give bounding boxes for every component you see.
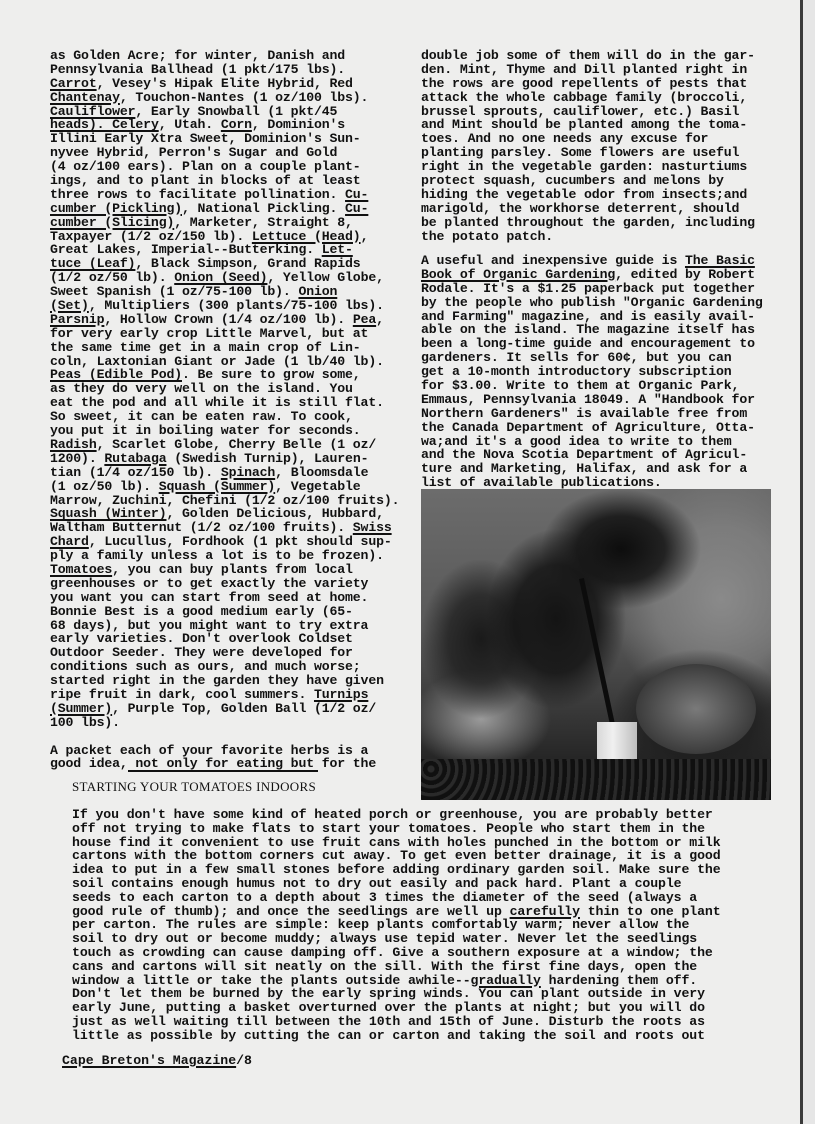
text-run: wa;and it's a good idea to write to them (421, 434, 732, 449)
underlined-term: Cu- (345, 187, 368, 202)
text-run: by the people who publish "Organic Garde… (421, 295, 763, 310)
underlined-term: Cauliflower (50, 104, 135, 119)
text-run: the Canada Department of Agriculture, Ot… (421, 420, 755, 435)
text-line: house find it convenient to use fruit ca… (72, 836, 721, 850)
text-line: If you don't have some kind of heated po… (72, 808, 721, 822)
text-run: the potato patch. (421, 229, 553, 244)
text-line: ply a family unless a lot is to be froze… (50, 549, 399, 563)
underlined-term: carefully (510, 904, 580, 919)
text-line: Don't let them be burned by the early sp… (72, 987, 721, 1001)
text-run: early varieties. Don't overlook Coldset (50, 631, 353, 646)
text-run: and Mint should be planted among the tom… (421, 117, 747, 132)
text-line: Radish, Scarlet Globe, Cherry Belle (1 o… (50, 438, 399, 452)
text-run: per carton. The rules are simple: keep p… (72, 917, 689, 932)
text-line: and Mint should be planted among the tom… (421, 118, 755, 132)
text-line: you put it in boiling water for seconds. (50, 424, 399, 438)
text-run: Northern Gardeners" is available free fr… (421, 406, 747, 421)
text-run: for $3.00. Write to them at Organic Park… (421, 378, 739, 393)
text-line: cans and cartons will sit neatly on the … (72, 960, 721, 974)
text-run: right in the vegetable garden: nasturtiu… (421, 159, 747, 174)
text-line: right in the vegetable garden: nasturtiu… (421, 160, 755, 174)
text-run: A packet each of your favorite herbs is … (50, 743, 368, 758)
text-line: conditions such as ours, and much worse; (50, 660, 399, 674)
text-line: Tomatoes, you can buy plants from local (50, 563, 399, 577)
underlined-term: Parsnip (50, 312, 104, 327)
underlined-term: Carrot (50, 76, 97, 91)
text-line: been a long-time guide and encouragement… (421, 337, 763, 351)
text-run: good rule of thumb); and once the seedli… (72, 904, 510, 919)
text-line: planting parsley. Some flowers are usefu… (421, 146, 755, 160)
text-run: the rows are good repellents of pests th… (421, 76, 747, 91)
text-line: window a little or take the plants outsi… (72, 974, 721, 988)
text-line: idea to put in a few small stones before… (72, 863, 721, 877)
soil-texture (421, 759, 771, 800)
text-line: per carton. The rules are simple: keep p… (72, 918, 721, 932)
text-run: thin to one plant (580, 904, 721, 919)
underlined-term: cumber (Pickling) (50, 201, 182, 216)
text-line: So sweet, it can be eaten raw. To cook, (50, 410, 399, 424)
text-run: touch as crowding can cause damping off.… (72, 945, 713, 960)
text-run: gardeners. It sells for 60¢, but you can (421, 350, 732, 365)
text-line: ings, and to plant in blocks of at least (50, 174, 399, 188)
text-run: A useful and inexpensive guide is (421, 253, 685, 268)
text-line: Waltham Butternut (1/2 oz/100 fruits). S… (50, 521, 399, 535)
text-line: the potato patch. (421, 230, 755, 244)
text-line: attack the whole cabbage family (broccol… (421, 91, 755, 105)
text-line: cumber (Slicing), Marketer, Straight 8, (50, 216, 399, 230)
text-line: Book of Organic Gardening, edited by Rob… (421, 268, 763, 282)
text-run: you put it in boiling water for seconds. (50, 423, 361, 438)
text-run: greenhouses or to get exactly the variet… (50, 576, 368, 591)
text-run: Illini Early Xtra Sweet, Dominion's Sun- (50, 131, 361, 146)
text-run: tian (1/4 oz/150 lb). (50, 465, 221, 480)
text-line: ture and Marketing, Halifax, and ask for… (421, 462, 763, 476)
text-line: early varieties. Don't overlook Coldset (50, 632, 399, 646)
hand-shape (636, 664, 756, 754)
text-run: , Lucullus, Fordhook (1 pkt should sup- (89, 534, 392, 549)
text-run: . Be sure to grow some, (182, 367, 361, 382)
text-line: Emmaus, Pennsylvania 18049. A "Handbook … (421, 393, 763, 407)
text-line: Bonnie Best is a good medium early (65- (50, 605, 399, 619)
text-line: toes. And no one needs any excuse for (421, 132, 755, 146)
text-run: conditions such as ours, and much worse; (50, 659, 361, 674)
text-line: eat the pod and all while it is still fl… (50, 396, 399, 410)
text-run: double job some of them will do in the g… (421, 48, 755, 63)
text-line: Taxpayer (1/2 oz/150 lb). Lettuce (Head)… (50, 230, 399, 244)
text-line: nyvee Hybrid, Perron's Sugar and Gold (50, 146, 399, 160)
text-run: , Purple Top, Golden Ball (1/2 oz/ (112, 701, 376, 716)
underlined-term: Cu- (345, 201, 368, 216)
underlined-term: tuce (Leaf) (50, 256, 135, 271)
underlined-term: Book of Organic Gardening (421, 267, 615, 282)
text-line: (4 oz/100 ears). Plan on a couple plant- (50, 160, 399, 174)
text-line: and Farming" magazine, and is easily ava… (421, 310, 763, 324)
text-run: Bonnie Best is a good medium early (65- (50, 604, 353, 619)
text-run: , Scarlet Globe, Cherry Belle (1 oz/ (97, 437, 377, 452)
text-run: as they do very well on the island. You (50, 381, 353, 396)
text-run: 100 lbs). (50, 715, 120, 730)
underlined-term: Onion (Seed) (174, 270, 267, 285)
text-line: get a 10-month introductory subscription (421, 365, 763, 379)
text-run: Emmaus, Pennsylvania 18049. A "Handbook … (421, 392, 755, 407)
text-run: (1 oz/50 lb). (50, 479, 159, 494)
text-run: window a little or take the plants outsi… (72, 973, 471, 988)
underlined-term: Corn (221, 117, 252, 132)
text-run: Pennsylvania Ballhead (1 pkt/175 lbs). (50, 62, 345, 77)
text-line: Outdoor Seeder. They were developed for (50, 646, 399, 660)
underlined-term: Let- (322, 242, 353, 257)
text-run: ripe fruit in dark, cool summers. (50, 687, 314, 702)
text-line: seeds to each carton to a depth about 3 … (72, 891, 721, 905)
text-run: , Early Snowball (1 pkt/45 (135, 104, 337, 119)
text-run: seeds to each carton to a depth about 3 … (72, 890, 697, 905)
text-line: for $3.00. Write to them at Organic Park… (421, 379, 763, 393)
underlined-term: Lettuce (Head) (252, 229, 361, 244)
text-run: planting parsley. Some flowers are usefu… (421, 145, 739, 160)
underlined-term: (Summer) (50, 701, 112, 716)
section-divider (128, 770, 318, 772)
right-column-guide: A useful and inexpensive guide is The Ba… (421, 254, 763, 490)
text-run: (1/2 oz/50 lb). (50, 270, 174, 285)
text-run: , Vesey's Hipak Elite Hybrid, Red (97, 76, 353, 91)
text-line: Pennsylvania Ballhead (1 pkt/175 lbs). (50, 63, 399, 77)
text-run: , Bloomsdale (275, 465, 368, 480)
text-run: ture and Marketing, Halifax, and ask for… (421, 461, 747, 476)
text-run: ply a family unless a lot is to be froze… (50, 548, 384, 563)
text-line: 1200). Rutabaga (Swedish Turnip), Lauren… (50, 452, 399, 466)
text-run: just as well waiting till between the 10… (72, 1014, 705, 1029)
text-line: the rows are good repellents of pests th… (421, 77, 755, 91)
underlined-term: Onion (298, 284, 337, 299)
text-run: protect squash, cucumbers and melons by (421, 173, 724, 188)
text-run: hiding the vegetable odor from insects;a… (421, 187, 747, 202)
text-line: Rodale. It's a $1.25 paperback put toget… (421, 282, 763, 296)
text-run: , Golden Delicious, Hubbard, (166, 506, 383, 521)
text-run: soil to dry out or become muddy; always … (72, 931, 697, 946)
underlined-term: gradually (471, 973, 541, 988)
text-run: Waltham Butternut (1/2 oz/100 fruits). (50, 520, 353, 535)
right-column-herbs: double job some of them will do in the g… (421, 49, 755, 243)
text-run: the same time get in a main crop of Lin- (50, 340, 361, 355)
text-run: as Golden Acre; for winter, Danish and (50, 48, 345, 63)
text-run: eat the pod and all while it is still fl… (50, 395, 384, 410)
text-line: off not trying to make flats to start yo… (72, 822, 721, 836)
text-run: coln, Laxtonian Giant or Jade (1 lb/40 l… (50, 354, 384, 369)
text-run: , Black Simpson, Grand Rapids (135, 256, 360, 271)
text-line: the same time get in a main crop of Lin- (50, 341, 399, 355)
underlined-term: Chard (50, 534, 89, 549)
text-run: started right in the garden they have gi… (50, 673, 384, 688)
text-line: good rule of thumb); and once the seedli… (72, 905, 721, 919)
text-line: double job some of them will do in the g… (421, 49, 755, 63)
text-run: nyvee Hybrid, Perron's Sugar and Gold (50, 145, 337, 160)
text-line: (Summer), Purple Top, Golden Ball (1/2 o… (50, 702, 399, 716)
text-line: as they do very well on the island. You (50, 382, 399, 396)
underlined-term: Chantenay (50, 90, 120, 105)
text-run: Marrow, Zuchini, Chefini (1/2 oz/100 fru… (50, 493, 399, 508)
text-line: wa;and it's a good idea to write to them (421, 435, 763, 449)
text-line: early June, putting a basket overturned … (72, 1001, 721, 1015)
text-run: , Utah. (159, 117, 221, 132)
text-line: able on the island. The magazine itself … (421, 323, 763, 337)
text-run: house find it convenient to use fruit ca… (72, 835, 721, 850)
text-line: tian (1/4 oz/150 lb). Spinach, Bloomsdal… (50, 466, 399, 480)
text-run: Rodale. It's a $1.25 paperback put toget… (421, 281, 755, 296)
text-run: brussel sprouts, cauliflower, etc.) Basi… (421, 104, 739, 119)
text-run: list of available publications. (421, 475, 662, 490)
text-line: Parsnip, Hollow Crown (1/4 oz/100 lb). P… (50, 313, 399, 327)
text-line: as Golden Acre; for winter, Danish and (50, 49, 399, 63)
text-run: marigold, the workhorse deterrent, shoul… (421, 201, 739, 216)
underlined-term: The Basic (685, 253, 755, 268)
underlined-term: (Set) (50, 298, 89, 313)
text-run: , edited by Robert (615, 267, 755, 282)
text-run: and Farming" magazine, and is easily ava… (421, 309, 755, 324)
text-run: , Touchon-Nantes (1 oz/100 lbs). (120, 90, 368, 105)
text-run: (4 oz/100 ears). Plan on a couple plant- (50, 159, 361, 174)
text-line: coln, Laxtonian Giant or Jade (1 lb/40 l… (50, 355, 399, 369)
text-run: Outdoor Seeder. They were developed for (50, 645, 353, 660)
text-run: , Marketer, Straight 8, (174, 215, 353, 230)
text-line: Illini Early Xtra Sweet, Dominion's Sun- (50, 132, 399, 146)
text-run: , National Pickling. (182, 201, 345, 216)
text-run: , Vegetable (275, 479, 360, 494)
text-run: ings, and to plant in blocks of at least (50, 173, 361, 188)
text-line (50, 730, 399, 744)
text-line: Northern Gardeners" is available free fr… (421, 407, 763, 421)
underlined-term: cumber (Slicing) (50, 215, 174, 230)
text-run: , Hollow Crown (1/4 oz/100 lb). (104, 312, 352, 327)
text-run: Sweet Spanish (1 oz/75-100 lb). (50, 284, 298, 299)
text-run: get a 10-month introductory subscription (421, 364, 732, 379)
text-line: Chard, Lucullus, Fordhook (1 pkt should … (50, 535, 399, 549)
text-run: off not trying to make flats to start yo… (72, 821, 705, 836)
page-footer: Cape Breton's Magazine/8 (62, 1053, 252, 1068)
text-line: you want you can start from seed at home… (50, 591, 399, 605)
text-line: (1/2 oz/50 lb). Onion (Seed), Yellow Glo… (50, 271, 399, 285)
text-run: , Yellow Globe, (267, 270, 383, 285)
text-line: heads). Celery, Utah. Corn, Dominion's (50, 118, 399, 132)
text-line: for very early crop Little Marvel, but a… (50, 327, 399, 341)
left-column: as Golden Acre; for winter, Danish andPe… (50, 49, 399, 771)
text-run: attack the whole cabbage family (broccol… (421, 90, 747, 105)
text-line: tuce (Leaf), Black Simpson, Grand Rapids (50, 257, 399, 271)
text-run: Don't let them be burned by the early sp… (72, 986, 705, 1001)
text-run: 68 days), but you might want to try extr… (50, 618, 368, 633)
text-line: Great Lakes, Imperial--Butterking. Let- (50, 243, 399, 257)
text-run: be planted throughout the garden, includ… (421, 215, 755, 230)
underlined-term: Pea (353, 312, 376, 327)
underlined-term: Peas (Edible Pod) (50, 367, 182, 382)
underlined-term: Tomatoes (50, 562, 112, 577)
underlined-term: Rutabaga (104, 451, 166, 466)
text-run: been a long-time guide and encouragement… (421, 336, 755, 351)
text-run: cans and cartons will sit neatly on the … (72, 959, 697, 974)
text-run: cartons with the bottom corners cut away… (72, 848, 721, 863)
text-run: , Dominion's (252, 117, 345, 132)
text-line: little as possible by cutting the can or… (72, 1029, 721, 1043)
text-run: hardening them off. (541, 973, 697, 988)
text-run: Taxpayer (1/2 oz/150 lb). (50, 229, 252, 244)
text-line: brussel sprouts, cauliflower, etc.) Basi… (421, 105, 755, 119)
text-run: idea to put in a few small stones before… (72, 862, 721, 877)
text-line: Marrow, Zuchini, Chefini (1/2 oz/100 fru… (50, 494, 399, 508)
text-run: , (361, 229, 369, 244)
text-line: hiding the vegetable odor from insects;a… (421, 188, 755, 202)
underlined-term: Squash (Summer) (159, 479, 275, 494)
underlined-term: Squash (Winter) (50, 506, 166, 521)
page-edge-margin (803, 0, 815, 1124)
text-line: ripe fruit in dark, cool summers. Turnip… (50, 688, 399, 702)
underlined-term: Swiss (353, 520, 392, 535)
text-line: A useful and inexpensive guide is The Ba… (421, 254, 763, 268)
text-run: and the Nova Scotia Department of Agricu… (421, 447, 747, 462)
text-run: So sweet, it can be eaten raw. To cook, (50, 409, 353, 424)
text-line: 100 lbs). (50, 716, 399, 730)
text-run: Great Lakes, Imperial--Butterking. (50, 242, 322, 257)
page-number: /8 (236, 1053, 252, 1068)
text-line: just as well waiting till between the 10… (72, 1015, 721, 1029)
text-run: , you can buy plants from local (112, 562, 353, 577)
text-line: by the people who publish "Organic Garde… (421, 296, 763, 310)
text-run: toes. And no one needs any excuse for (421, 131, 708, 146)
tomato-seedling-photo (421, 489, 771, 800)
text-run: you want you can start from seed at home… (50, 590, 368, 605)
underlined-term: Radish (50, 437, 97, 452)
text-run: little as possible by cutting the can or… (72, 1028, 705, 1043)
magazine-name: Cape Breton's Magazine (62, 1053, 236, 1068)
text-line: cumber (Pickling), National Pickling. Cu… (50, 202, 399, 216)
text-line: 68 days), but you might want to try extr… (50, 619, 399, 633)
section-title: STARTING YOUR TOMATOES INDOORS (72, 779, 316, 795)
text-line: gardeners. It sells for 60¢, but you can (421, 351, 763, 365)
section-body: If you don't have some kind of heated po… (72, 808, 721, 1043)
text-line: Peas (Edible Pod). Be sure to grow some, (50, 368, 399, 382)
text-run: early June, putting a basket overturned … (72, 1000, 705, 1015)
text-line: Cauliflower, Early Snowball (1 pkt/45 (50, 105, 399, 119)
text-line: cartons with the bottom corners cut away… (72, 849, 721, 863)
text-line: Squash (Winter), Golden Delicious, Hubba… (50, 507, 399, 521)
text-line: touch as crowding can cause damping off.… (72, 946, 721, 960)
text-run: den. Mint, Thyme and Dill planted right … (421, 62, 747, 77)
text-run: (Swedish Turnip), Lauren- (166, 451, 368, 466)
underlined-term: Spinach (221, 465, 275, 480)
text-line: and the Nova Scotia Department of Agricu… (421, 448, 763, 462)
text-line: the Canada Department of Agriculture, Ot… (421, 421, 763, 435)
text-line: Sweet Spanish (1 oz/75-100 lb). Onion (50, 285, 399, 299)
text-line: greenhouses or to get exactly the variet… (50, 577, 399, 591)
text-line: soil contains enough humus not to dry ou… (72, 877, 721, 891)
text-line: Chantenay, Touchon-Nantes (1 oz/100 lbs)… (50, 91, 399, 105)
text-line: soil to dry out or become muddy; always … (72, 932, 721, 946)
plant-stem (579, 578, 615, 726)
text-line: A packet each of your favorite herbs is … (50, 744, 399, 758)
text-line: protect squash, cucumbers and melons by (421, 174, 755, 188)
underlined-term: Turnips (314, 687, 368, 702)
magazine-page: as Golden Acre; for winter, Danish andPe… (0, 0, 800, 1124)
text-run: three rows to facilitate pollination. (50, 187, 345, 202)
text-line: den. Mint, Thyme and Dill planted right … (421, 63, 755, 77)
text-run: able on the island. The magazine itself … (421, 322, 755, 337)
text-run: for very early crop Little Marvel, but a… (50, 326, 368, 341)
text-line: Carrot, Vesey's Hipak Elite Hybrid, Red (50, 77, 399, 91)
underlined-term: heads). (50, 117, 112, 132)
text-line: three rows to facilitate pollination. Cu… (50, 188, 399, 202)
text-line: (1 oz/50 lb). Squash (Summer), Vegetable (50, 480, 399, 494)
text-run: 1200). (50, 451, 104, 466)
text-line: (Set), Multipliers (300 plants/75-100 lb… (50, 299, 399, 313)
underlined-term: Celery (112, 117, 159, 132)
text-run: , (376, 312, 384, 327)
text-run: , Multipliers (300 plants/75-100 lbs). (89, 298, 384, 313)
text-run: soil contains enough humus not to dry ou… (72, 876, 681, 891)
text-line: started right in the garden they have gi… (50, 674, 399, 688)
text-line: be planted throughout the garden, includ… (421, 216, 755, 230)
text-line: marigold, the workhorse deterrent, shoul… (421, 202, 755, 216)
text-run: If you don't have some kind of heated po… (72, 807, 713, 822)
